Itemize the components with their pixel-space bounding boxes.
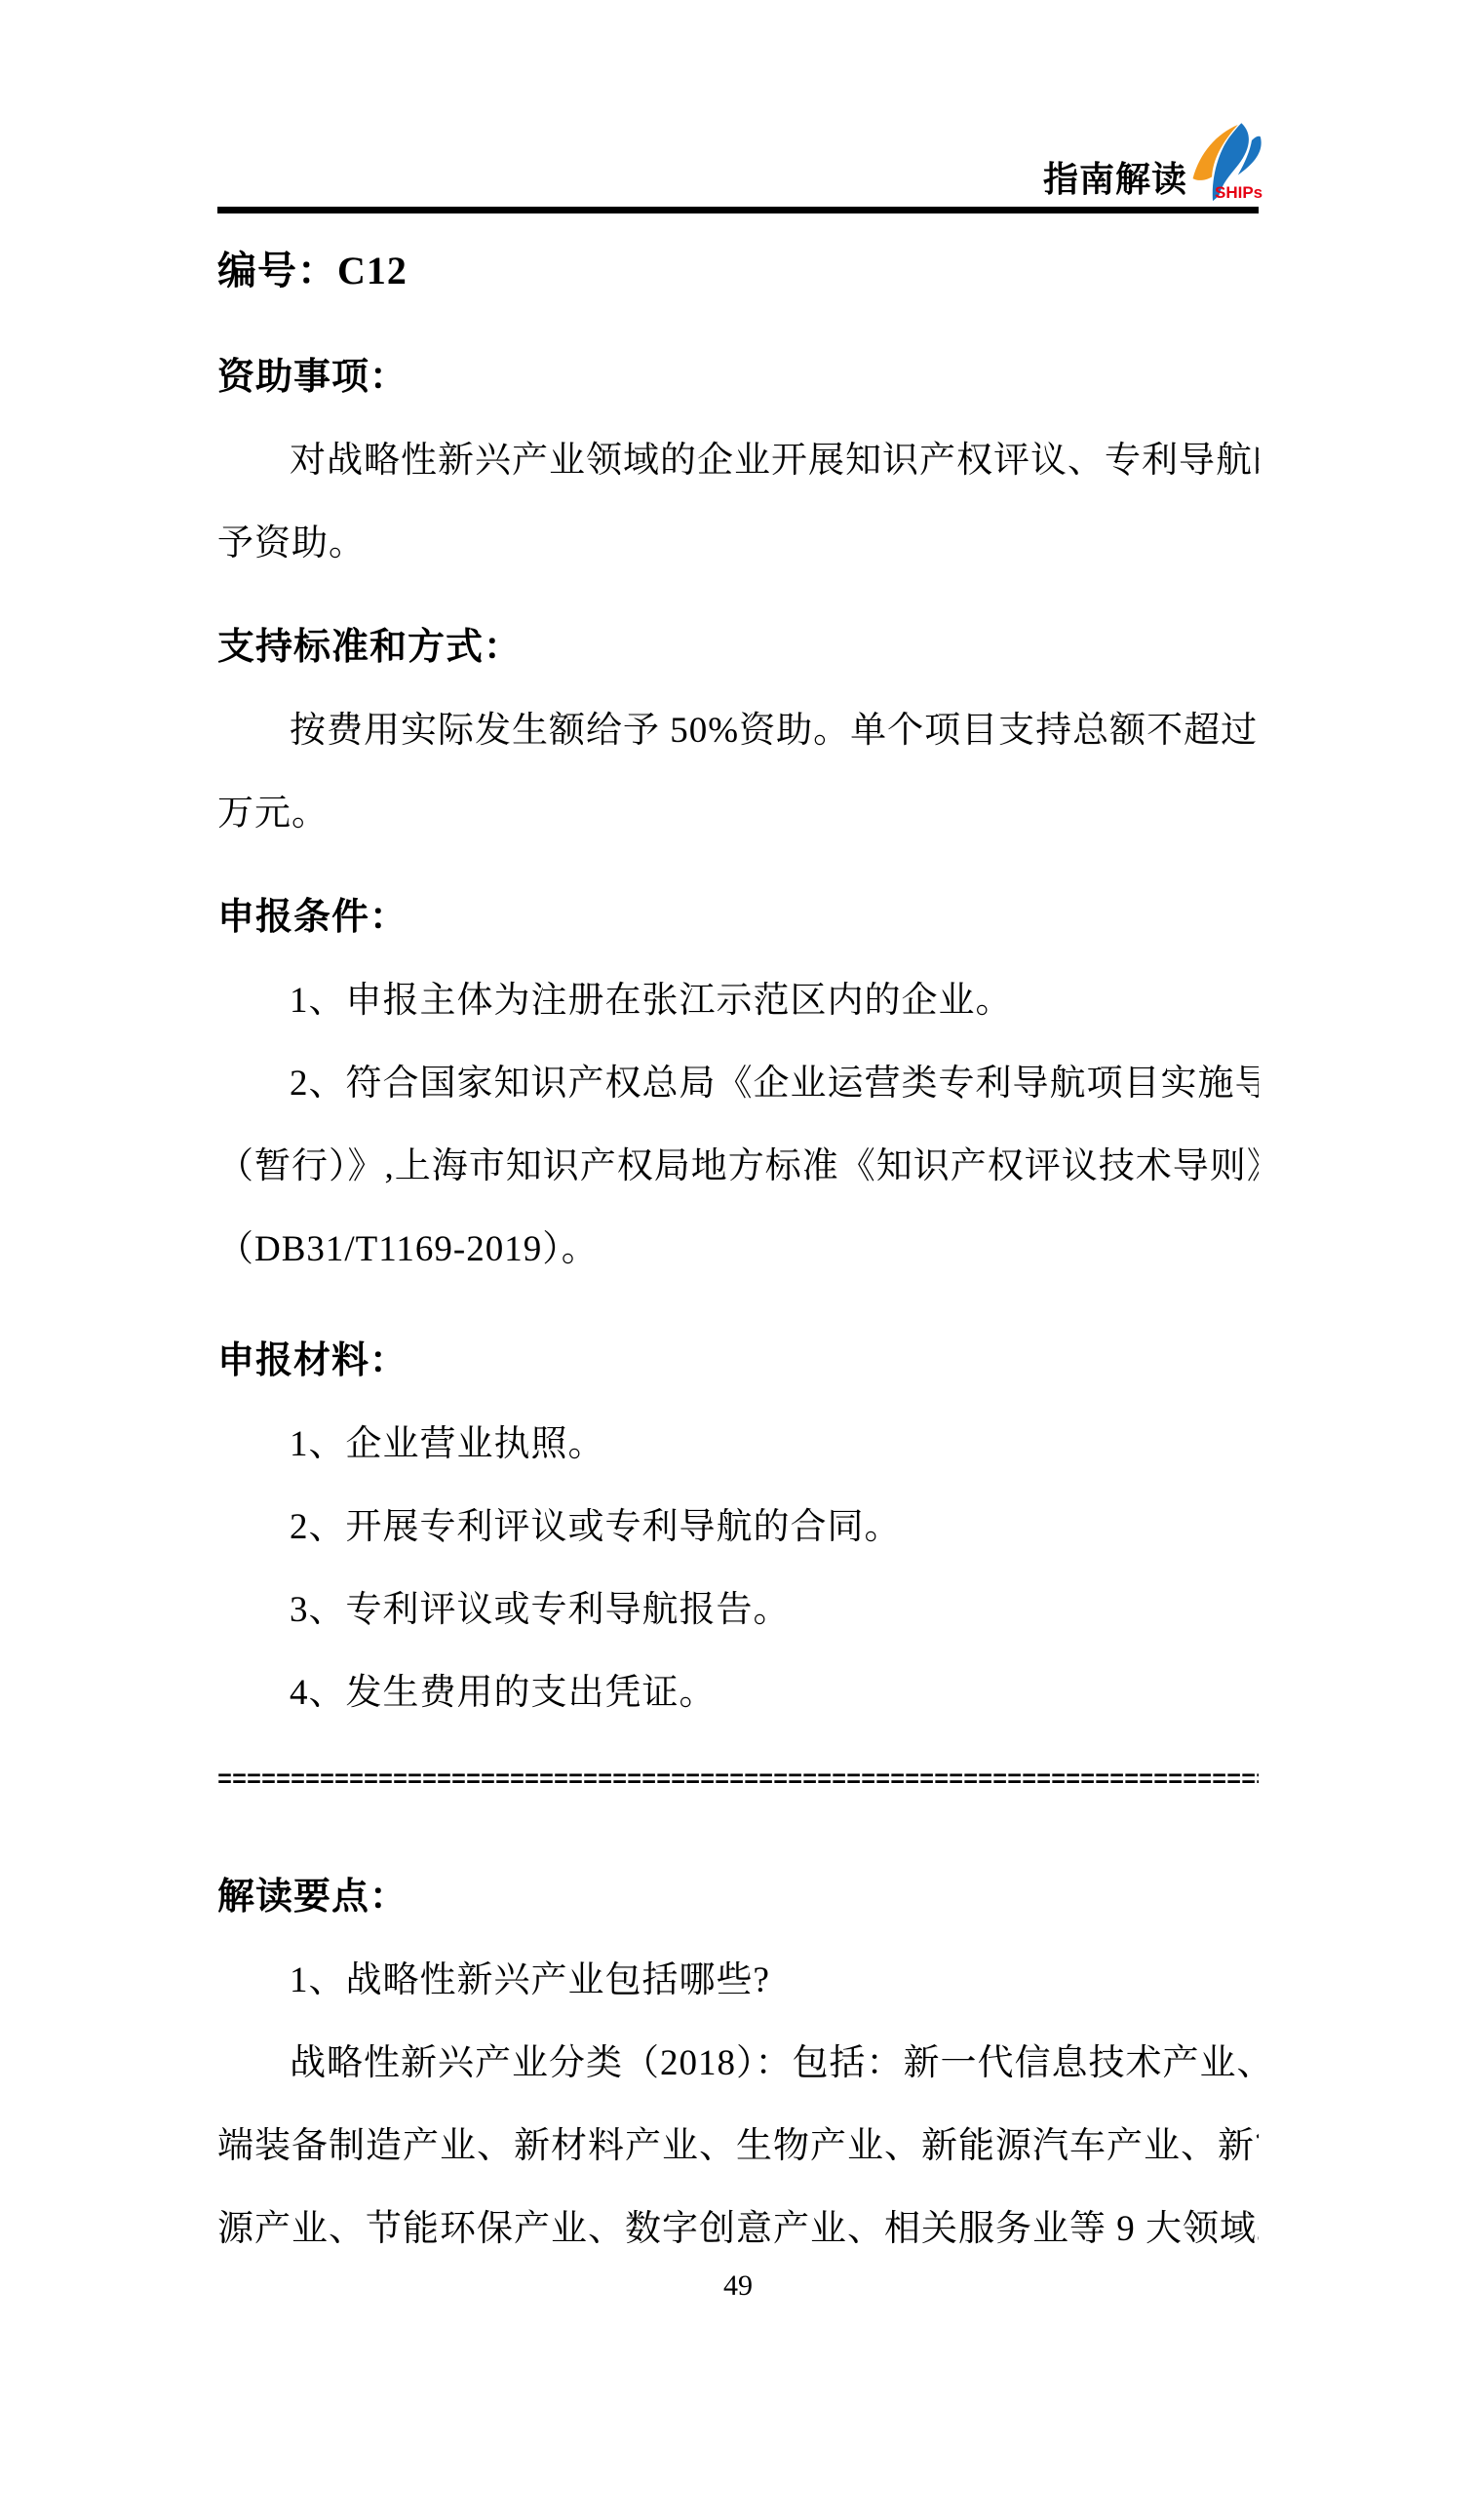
text-line: 2、符合国家知识产权总局《企业运营类专利导航项目实施导则	[217, 1042, 1259, 1125]
text-line: 4、发生费用的支出凭证。	[217, 1651, 1259, 1734]
brand-title: 指南解读	[1043, 162, 1187, 205]
document-code-title: 编号：C12	[217, 229, 1259, 312]
ships-logo-icon: SHIPs	[1189, 123, 1267, 205]
text-line: 予资助。	[217, 502, 1259, 585]
section-title-support-standard: 支持标准和方式：	[217, 606, 1259, 689]
text-line: 按费用实际发生额给予 50%资助。单个项目支持总额不超过 10	[217, 689, 1259, 772]
text-line: 源产业、节能环保产业、数字创意产业、相关服务业等 9 大领域。	[217, 2188, 1259, 2270]
text-line: 1、企业营业执照。	[217, 1403, 1259, 1486]
brand-subtitle: SHIPs	[1215, 183, 1262, 203]
text-line: 2、开展专利评议或专利导航的合同。	[217, 1486, 1259, 1569]
text-line: 万元。	[217, 772, 1259, 855]
text-line: （暂行）》,上海市知识产权局地方标准《知识产权评议技术导则》	[217, 1125, 1259, 1208]
document-body: 编号：C12 资助事项： 对战略性新兴产业领域的企业开展知识产权评议、专利导航的…	[217, 229, 1259, 2270]
section-title-interpretation-points: 解读要点：	[217, 1856, 1259, 1939]
header-divider-rule	[217, 207, 1259, 213]
document-page: 指南解读 SHIPs 编号：C12 资助事项： 对战略性新兴产业领域的企业开展知…	[0, 0, 1476, 2520]
text-line: 端装备制造产业、新材料产业、生物产业、新能源汽车产业、新能	[217, 2105, 1259, 2188]
text-line: 1、申报主体为注册在张江示范区内的企业。	[217, 959, 1259, 1042]
section-title-funding-matter: 资助事项：	[217, 336, 1259, 419]
section-separator: ========================================…	[217, 1739, 1259, 1822]
text-line: 3、专利评议或专利导航报告。	[217, 1569, 1259, 1651]
page-header: 指南解读 SHIPs	[217, 123, 1267, 205]
text-line: （DB31/T1169-2019）。	[217, 1208, 1259, 1291]
text-line: 1、战略性新兴产业包括哪些?	[217, 1939, 1259, 2022]
text-line: 对战略性新兴产业领域的企业开展知识产权评议、专利导航的给	[217, 419, 1259, 502]
section-title-application-materials: 申报材料：	[217, 1320, 1259, 1403]
section-title-application-conditions: 申报条件：	[217, 876, 1259, 959]
text-line: 战略性新兴产业分类（2018）：包括：新一代信息技术产业、高	[217, 2022, 1259, 2105]
page-number: 49	[0, 2267, 1476, 2306]
